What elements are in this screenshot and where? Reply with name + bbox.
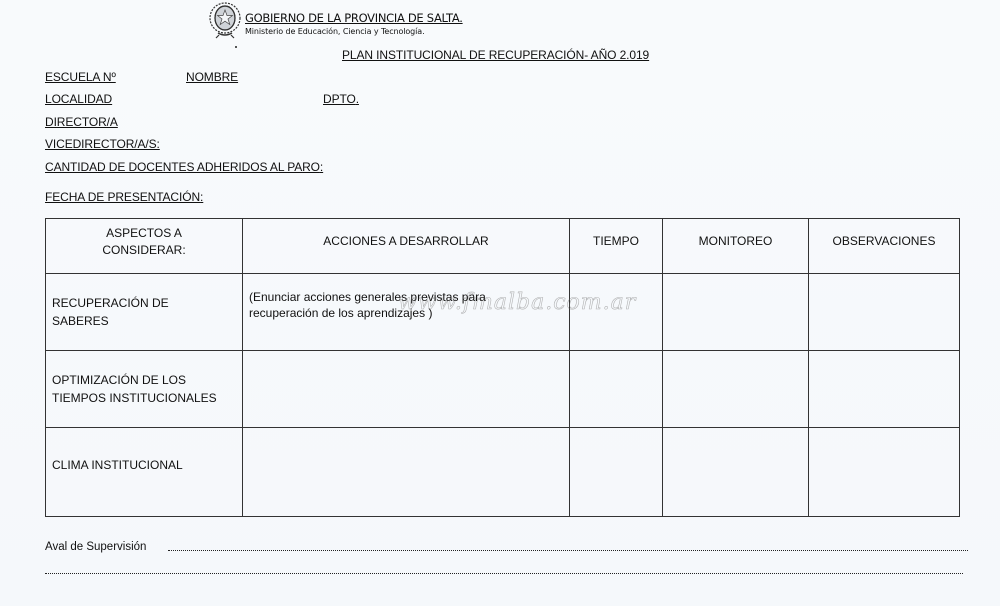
monitoreo-cell[interactable] <box>663 351 809 428</box>
document-page: GOBIERNO DE LA PROVINCIA DE SALTA. Minis… <box>0 0 1000 606</box>
aspect-cell: RECUPERACIÓN DE SABERES <box>46 274 243 351</box>
table-row: CLIMA INSTITUCIONAL <box>46 428 960 517</box>
document-title: PLAN INSTITUCIONAL DE RECUPERACIÓN- AÑO … <box>342 48 649 62</box>
coat-of-arms-icon <box>207 1 243 39</box>
dpto-text: DPTO <box>323 92 356 106</box>
header-acciones: ACCIONES A DESARROLLAR <box>243 219 570 274</box>
header-monitoreo: MONITOREO <box>663 219 809 274</box>
aspect-line2: SABERES <box>52 312 242 330</box>
government-name: GOBIERNO DE LA PROVINCIA DE SALTA. <box>245 11 463 25</box>
tiempo-cell[interactable] <box>570 274 663 351</box>
field-nombre-label: NOMBRE <box>186 70 238 84</box>
fecha-suffix: : <box>200 190 203 204</box>
field-localidad-label: LOCALIDAD <box>45 92 112 106</box>
acciones-cell[interactable] <box>243 351 570 428</box>
table-header-row: ASPECTOS A CONSIDERAR: ACCIONES A DESARR… <box>46 219 960 274</box>
aspect-line1: CLIMA INSTITUCIONAL <box>52 456 242 474</box>
fecha-text: FECHA DE PRESENTACIÓN <box>45 190 200 204</box>
aspect-cell: CLIMA INSTITUCIONAL <box>46 428 243 517</box>
field-fecha-presentacion-label: FECHA DE PRESENTACIÓN: <box>45 190 203 204</box>
table-row: RECUPERACIÓN DE SABERES (Enunciar accion… <box>46 274 960 351</box>
acciones-hint-line2: recuperación de los aprendizajes ) <box>249 305 563 321</box>
field-vicedirector-label: VICEDIRECTOR/A/S: <box>45 137 160 151</box>
tiempo-cell[interactable] <box>570 428 663 517</box>
observaciones-cell[interactable] <box>809 428 960 517</box>
aspect-line2: TIEMPOS INSTITUCIONALES <box>52 389 242 407</box>
scan-speck <box>235 46 237 48</box>
header-aspectos-line1: ASPECTOS A <box>46 225 242 242</box>
header-aspectos: ASPECTOS A CONSIDERAR: <box>46 219 243 274</box>
cantidad-text: CANTIDAD DE DOCENTES ADHERIDOS AL PARO <box>45 160 320 174</box>
field-director-label: DIRECTOR/A <box>45 115 118 129</box>
recovery-plan-table: ASPECTOS A CONSIDERAR: ACCIONES A DESARR… <box>45 218 960 517</box>
aspect-cell: OPTIMIZACIÓN DE LOS TIEMPOS INSTITUCIONA… <box>46 351 243 428</box>
tiempo-cell[interactable] <box>570 351 663 428</box>
aspect-line1: OPTIMIZACIÓN DE LOS <box>52 371 242 389</box>
cantidad-suffix: : <box>320 160 323 174</box>
header-observaciones: OBSERVACIONES <box>809 219 960 274</box>
field-escuela-label: ESCUELA Nº <box>45 70 116 84</box>
header-tiempo: TIEMPO <box>570 219 663 274</box>
aval-second-line[interactable] <box>45 573 963 574</box>
observaciones-cell[interactable] <box>809 351 960 428</box>
field-dpto-label: DPTO. <box>323 92 359 106</box>
header-aspectos-line2: CONSIDERAR: <box>46 242 242 259</box>
dpto-suffix: . <box>356 92 359 106</box>
aval-signature-line[interactable] <box>168 550 968 551</box>
field-cantidad-docentes-label: CANTIDAD DE DOCENTES ADHERIDOS AL PARO: <box>45 160 323 174</box>
acciones-hint-line1: (Enunciar acciones generales previstas p… <box>249 289 563 305</box>
acciones-cell[interactable]: (Enunciar acciones generales previstas p… <box>243 274 570 351</box>
monitoreo-cell[interactable] <box>663 428 809 517</box>
ministry-name: Ministerio de Educación, Ciencia y Tecno… <box>245 27 425 36</box>
table-row: OPTIMIZACIÓN DE LOS TIEMPOS INSTITUCIONA… <box>46 351 960 428</box>
monitoreo-cell[interactable] <box>663 274 809 351</box>
aspect-line1: RECUPERACIÓN DE <box>52 294 242 312</box>
aval-supervision-label: Aval de Supervisión <box>45 541 146 553</box>
acciones-cell[interactable] <box>243 428 570 517</box>
observaciones-cell[interactable] <box>809 274 960 351</box>
